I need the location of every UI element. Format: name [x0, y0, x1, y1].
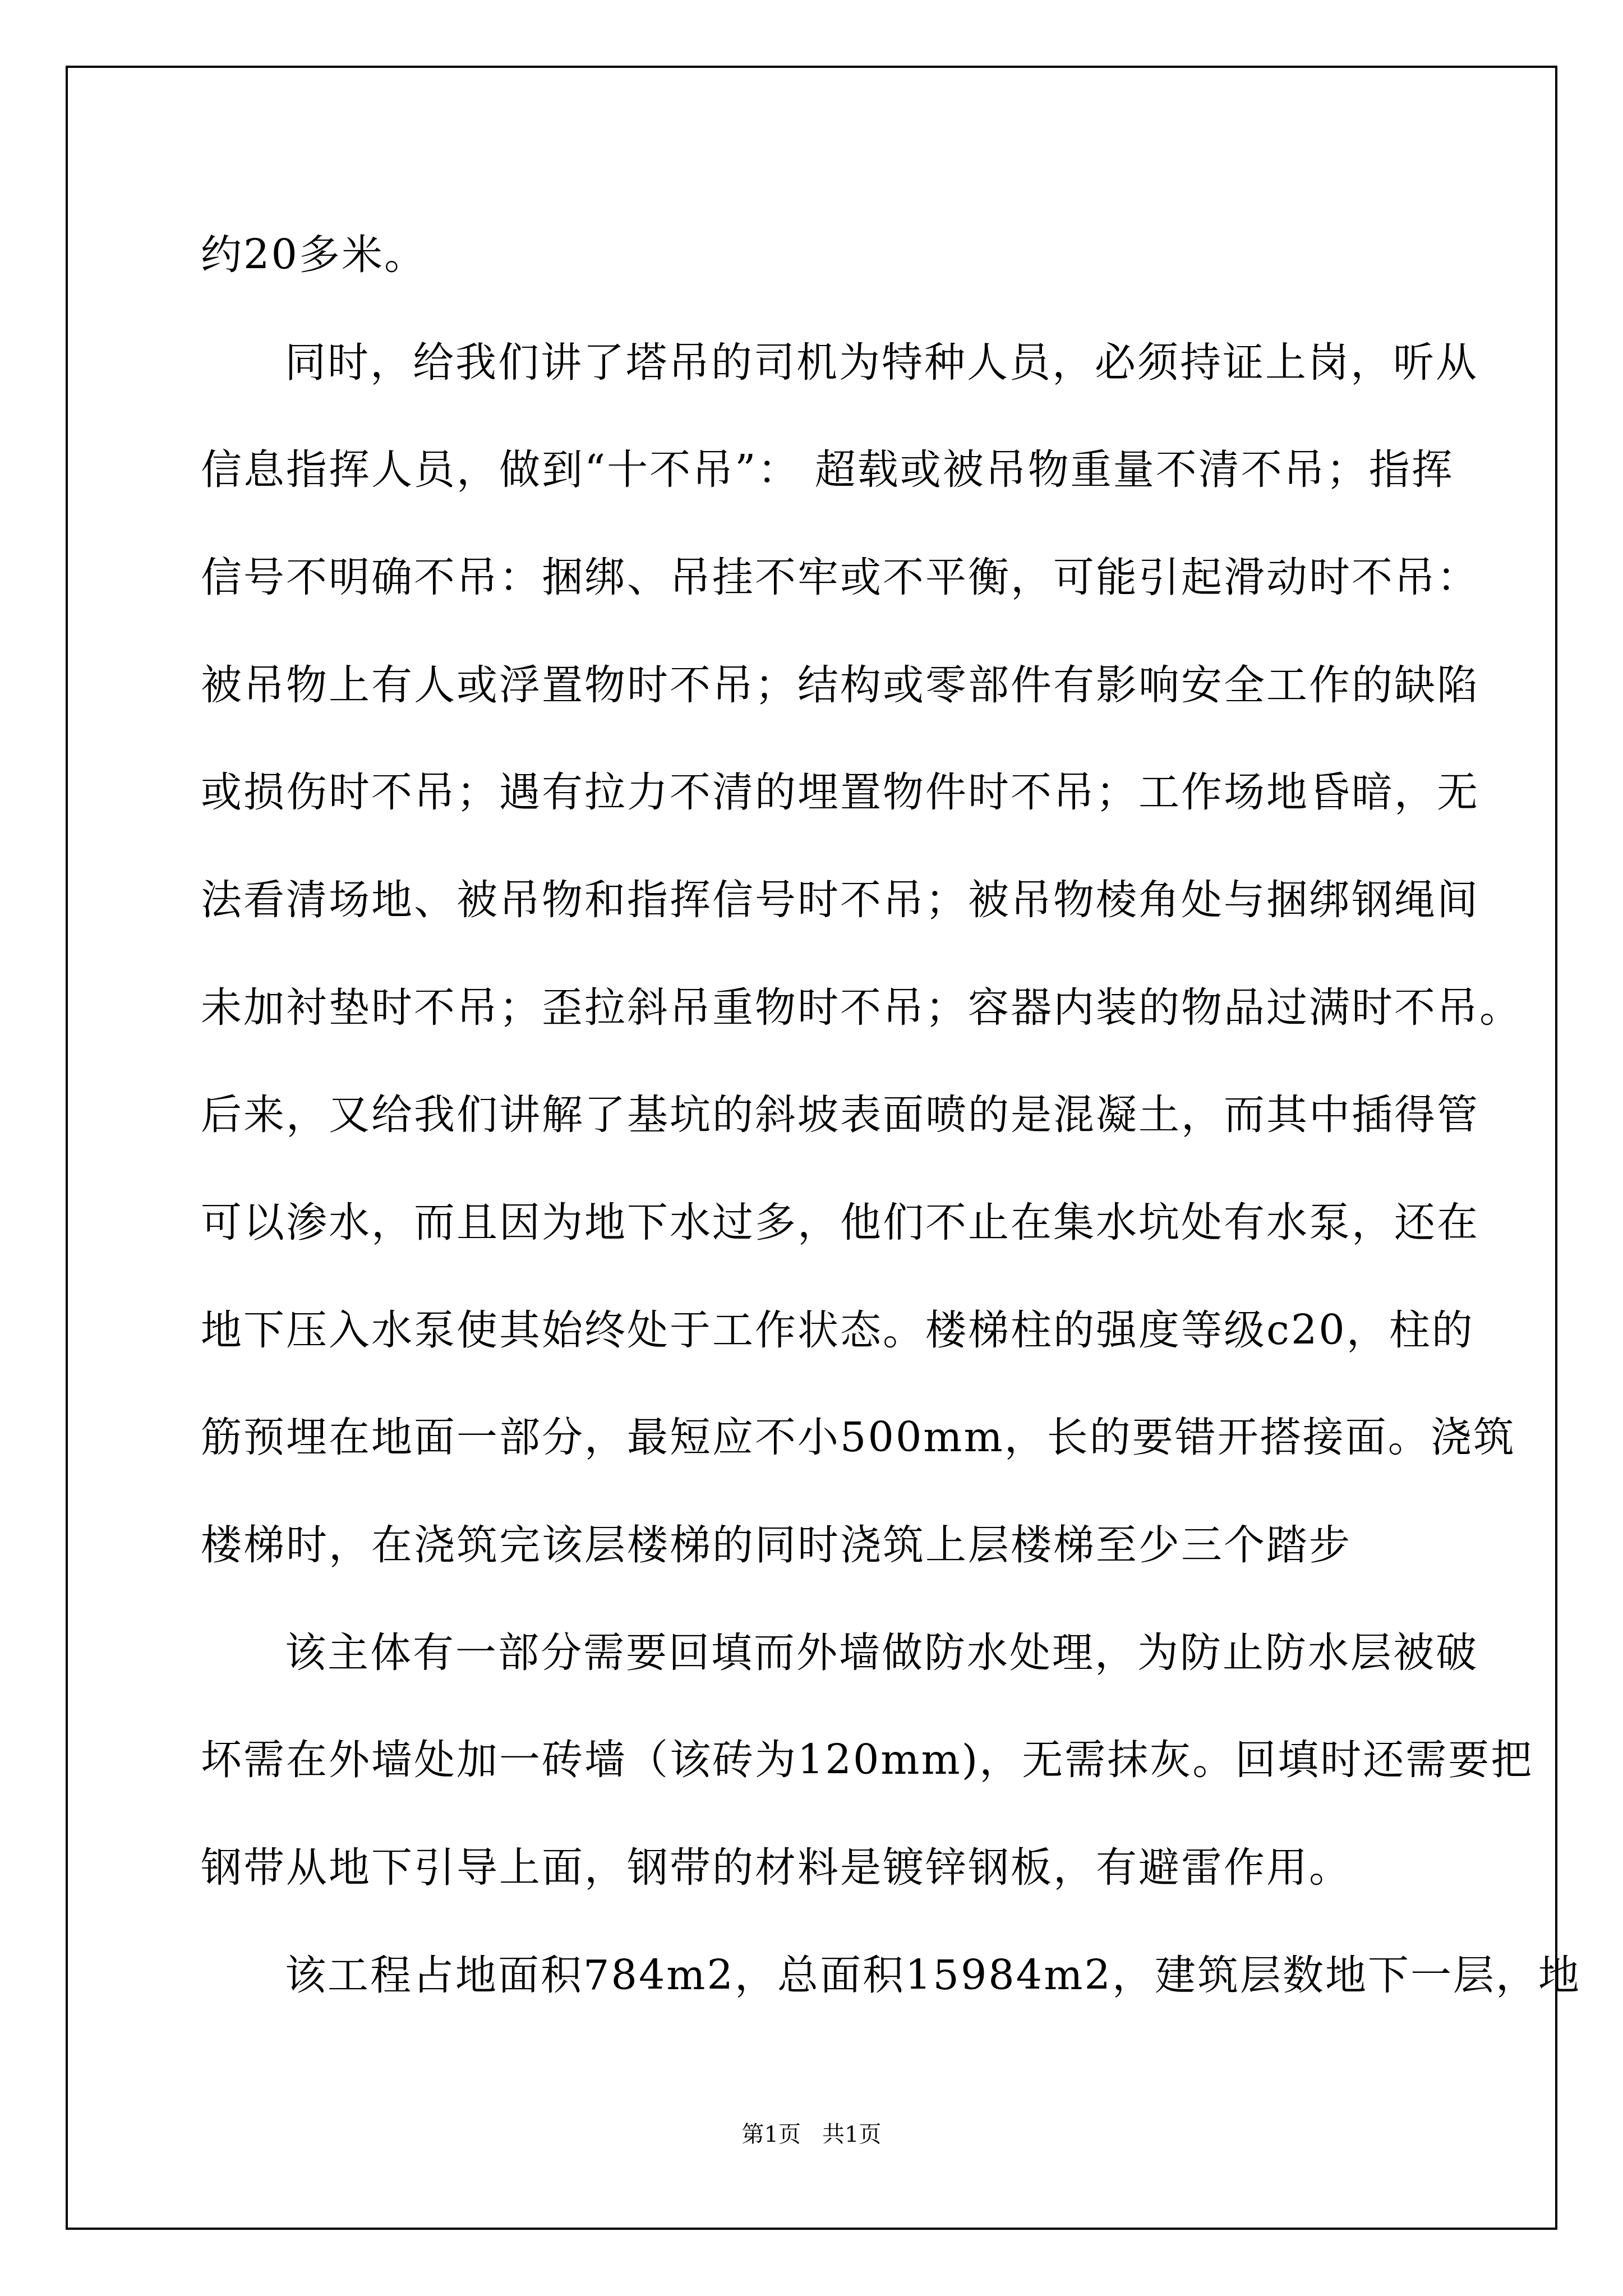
page-border: [66, 66, 1557, 2230]
text-line-9: 后来，又给我们讲解了基坑的斜坡表面喷的是混凝土，而其中插得管: [201, 1088, 1446, 1142]
text-line-1: 约20多米。: [201, 228, 1446, 282]
text-line-10: 可以渗水，而且因为地下水过多，他们不止在集水坑处有水泵，还在: [201, 1196, 1446, 1250]
text-line-6: 或损伤时不吊；遇有拉力不清的埋置物件时不吊；工作场地昏暗，无: [201, 766, 1446, 820]
text-line-12: 筋预埋在地面一部分，最短应不小500mm，长的要错开搭接面。浇筑: [201, 1411, 1446, 1465]
text-line-11: 地下压入水泵使其始终处于工作状态。楼梯柱的强度等级c20，柱的: [201, 1304, 1446, 1358]
text-line-2: 同时，给我们讲了塔吊的司机为特种人员，必须持证上岗，听从: [285, 336, 1530, 390]
text-line-14: 该主体有一部分需要回填而外墙做防水处理，为防止防水层被破: [285, 1626, 1530, 1680]
text-line-5: 被吊物上有人或浮置物时不吊；结构或零部件有影响安全工作的缺陷: [201, 659, 1446, 712]
text-line-8: 未加衬垫时不吊；歪拉斜吊重物时不吊；容器内装的物品过满时不吊。: [201, 981, 1446, 1035]
page-number-footer: 第1页 共1页: [0, 2120, 1623, 2148]
text-line-4: 信号不明确不吊：捆绑、吊挂不牢或不平衡，可能引起滑动时不吊：: [201, 551, 1446, 605]
text-line-13: 楼梯时，在浇筑完该层楼梯的同时浇筑上层楼梯至少三个踏步: [201, 1519, 1446, 1572]
text-line-3: 信息指挥人员，做到“十不吊”： 超载或被吊物重量不清不吊；指挥: [201, 443, 1446, 497]
text-line-16: 钢带从地下引导上面，钢带的材料是镀锌钢板，有避雷作用。: [201, 1841, 1446, 1895]
text-line-17: 该工程占地面积784m2，总面积15984m2，建筑层数地下一层，地: [285, 1949, 1530, 2003]
text-line-15: 坏需在外墙处加一砖墙（该砖为120mm)，无需抹灰。回填时还需要把: [201, 1733, 1446, 1787]
text-line-7: 法看清场地、被吊物和指挥信号时不吊；被吊物棱角处与捆绑钢绳间: [201, 873, 1446, 927]
